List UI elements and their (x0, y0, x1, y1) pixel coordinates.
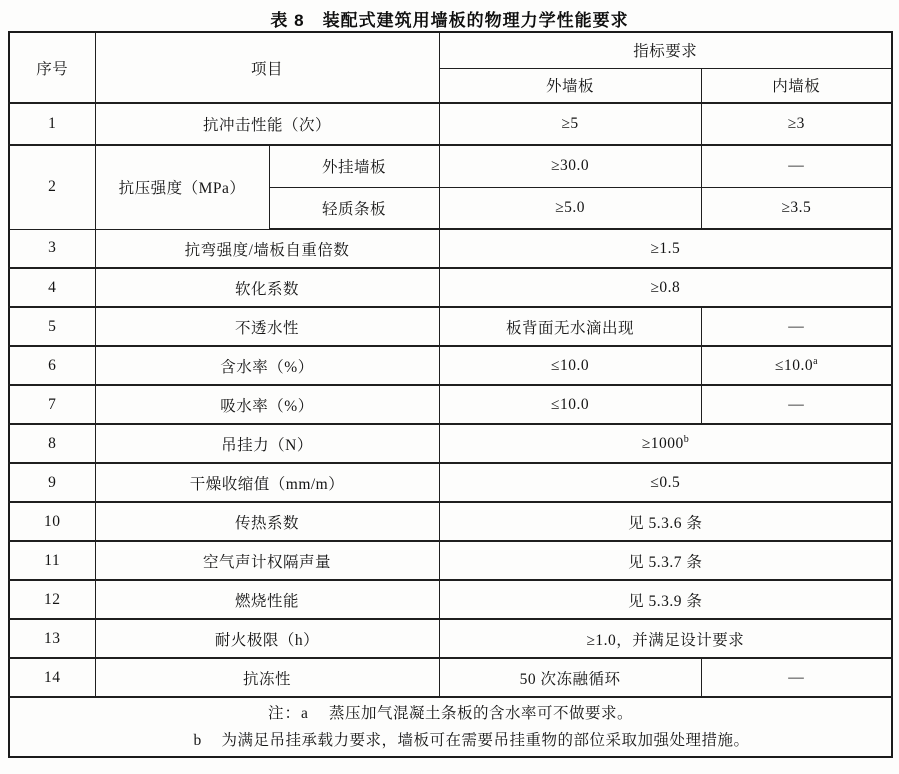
row-no: 3 (9, 229, 95, 268)
header-exterior: 外墙板 (439, 68, 701, 103)
note-key-a: a (301, 700, 315, 727)
row-int-value: — (701, 145, 892, 187)
table-row: 11 空气声计权隔声量 见 5.3.7 条 (9, 541, 892, 580)
note-a: 注：a蒸压加气混凝土条板的含水率可不做要求。 (14, 700, 887, 727)
row-item: 抗冲击性能（次） (95, 103, 439, 145)
row-span-value: ≤0.5 (439, 463, 892, 502)
row-item: 不透水性 (95, 307, 439, 346)
row-span-value: ≥1.0，并满足设计要求 (439, 619, 892, 658)
row-item: 抗压强度（MPa） (95, 145, 269, 229)
row-int-value: — (701, 385, 892, 424)
row-no: 7 (9, 385, 95, 424)
row-subitem: 外挂墙板 (269, 145, 439, 187)
row-item: 抗弯强度/墙板自重倍数 (95, 229, 439, 268)
header-interior: 内墙板 (701, 68, 892, 103)
row-no: 10 (9, 502, 95, 541)
table-row: 6 含水率（%） ≤10.0 ≤10.0a (9, 346, 892, 385)
row-ext-value: ≤10.0 (439, 385, 701, 424)
row-span-value: ≥1.5 (439, 229, 892, 268)
note-text-b: 为满足吊挂承载力要求，墙板可在需要吊挂重物的部位采取加强处理措施。 (222, 732, 750, 749)
table-row: 2 抗压强度（MPa） 外挂墙板 ≥30.0 — (9, 145, 892, 187)
table-notes: 注：a蒸压加气混凝土条板的含水率可不做要求。 b为满足吊挂承载力要求，墙板可在需… (9, 697, 892, 757)
header-row-1: 序号 项目 指标要求 (9, 32, 892, 68)
table-row: 5 不透水性 板背面无水滴出现 — (9, 307, 892, 346)
footnote-ref-b: b (684, 433, 689, 444)
header-no: 序号 (9, 32, 95, 103)
row-item: 软化系数 (95, 268, 439, 307)
notes-row: 注：a蒸压加气混凝土条板的含水率可不做要求。 b为满足吊挂承载力要求，墙板可在需… (9, 697, 892, 757)
row-span-value: 见 5.3.7 条 (439, 541, 892, 580)
row-item: 吊挂力（N） (95, 424, 439, 463)
scanned-standard-page: 表 8 装配式建筑用墙板的物理力学性能要求 序号 项目 指标要求 外墙板 内墙板… (0, 0, 899, 774)
header-index-req: 指标要求 (439, 32, 892, 68)
wall-panel-performance-table: 序号 项目 指标要求 外墙板 内墙板 1 抗冲击性能（次） ≥5 ≥3 2 抗压… (8, 31, 893, 758)
row-item: 吸水率（%） (95, 385, 439, 424)
footnote-ref-a: a (813, 355, 817, 366)
row-no: 5 (9, 307, 95, 346)
row-item: 空气声计权隔声量 (95, 541, 439, 580)
row-ext-value: ≥5 (439, 103, 701, 145)
row-item: 耐火极限（h） (95, 619, 439, 658)
row-int-value: ≥3 (701, 103, 892, 145)
row-span-value: ≥0.8 (439, 268, 892, 307)
row-int-value: ≥3.5 (701, 187, 892, 229)
row-item: 抗冻性 (95, 658, 439, 697)
row-span-value: 见 5.3.6 条 (439, 502, 892, 541)
table-row: 4 软化系数 ≥0.8 (9, 268, 892, 307)
row-item: 传热系数 (95, 502, 439, 541)
row-ext-value: ≥5.0 (439, 187, 701, 229)
row-no: 2 (9, 145, 95, 229)
row-int-value: — (701, 658, 892, 697)
table-row: 14 抗冻性 50 次冻融循环 — (9, 658, 892, 697)
table-row: 7 吸水率（%） ≤10.0 — (9, 385, 892, 424)
row-no: 4 (9, 268, 95, 307)
row-ext-value: 50 次冻融循环 (439, 658, 701, 697)
row-ext-value: ≥30.0 (439, 145, 701, 187)
row-no: 13 (9, 619, 95, 658)
row-no: 11 (9, 541, 95, 580)
row-item: 干燥收缩值（mm/m） (95, 463, 439, 502)
row-item: 燃烧性能 (95, 580, 439, 619)
row-subitem: 轻质条板 (269, 187, 439, 229)
row-no: 14 (9, 658, 95, 697)
row-no: 1 (9, 103, 95, 145)
row-no: 12 (9, 580, 95, 619)
table-row: 10 传热系数 见 5.3.6 条 (9, 502, 892, 541)
row-int-value: ≤10.0a (701, 346, 892, 385)
table-title: 表 8 装配式建筑用墙板的物理力学性能要求 (0, 0, 899, 31)
table-row: 12 燃烧性能 见 5.3.9 条 (9, 580, 892, 619)
note-text-a: 蒸压加气混凝土条板的含水率可不做要求。 (329, 705, 633, 722)
header-item: 项目 (95, 32, 439, 103)
row-ext-value: ≤10.0 (439, 346, 701, 385)
note-key-b: b (194, 727, 208, 754)
row-item: 含水率（%） (95, 346, 439, 385)
note-label: 注： (268, 705, 301, 722)
row-no: 8 (9, 424, 95, 463)
table-row: 13 耐火极限（h） ≥1.0，并满足设计要求 (9, 619, 892, 658)
table-row: 8 吊挂力（N） ≥1000b (9, 424, 892, 463)
row-int-value: — (701, 307, 892, 346)
row-span-value: ≥1000b (439, 424, 892, 463)
table-row: 9 干燥收缩值（mm/m） ≤0.5 (9, 463, 892, 502)
note-b: b为满足吊挂承载力要求，墙板可在需要吊挂重物的部位采取加强处理措施。 (14, 727, 887, 754)
row-no: 9 (9, 463, 95, 502)
row-ext-value: 板背面无水滴出现 (439, 307, 701, 346)
table-row: 1 抗冲击性能（次） ≥5 ≥3 (9, 103, 892, 145)
table-row: 3 抗弯强度/墙板自重倍数 ≥1.5 (9, 229, 892, 268)
row-no: 6 (9, 346, 95, 385)
row-span-value: 见 5.3.9 条 (439, 580, 892, 619)
